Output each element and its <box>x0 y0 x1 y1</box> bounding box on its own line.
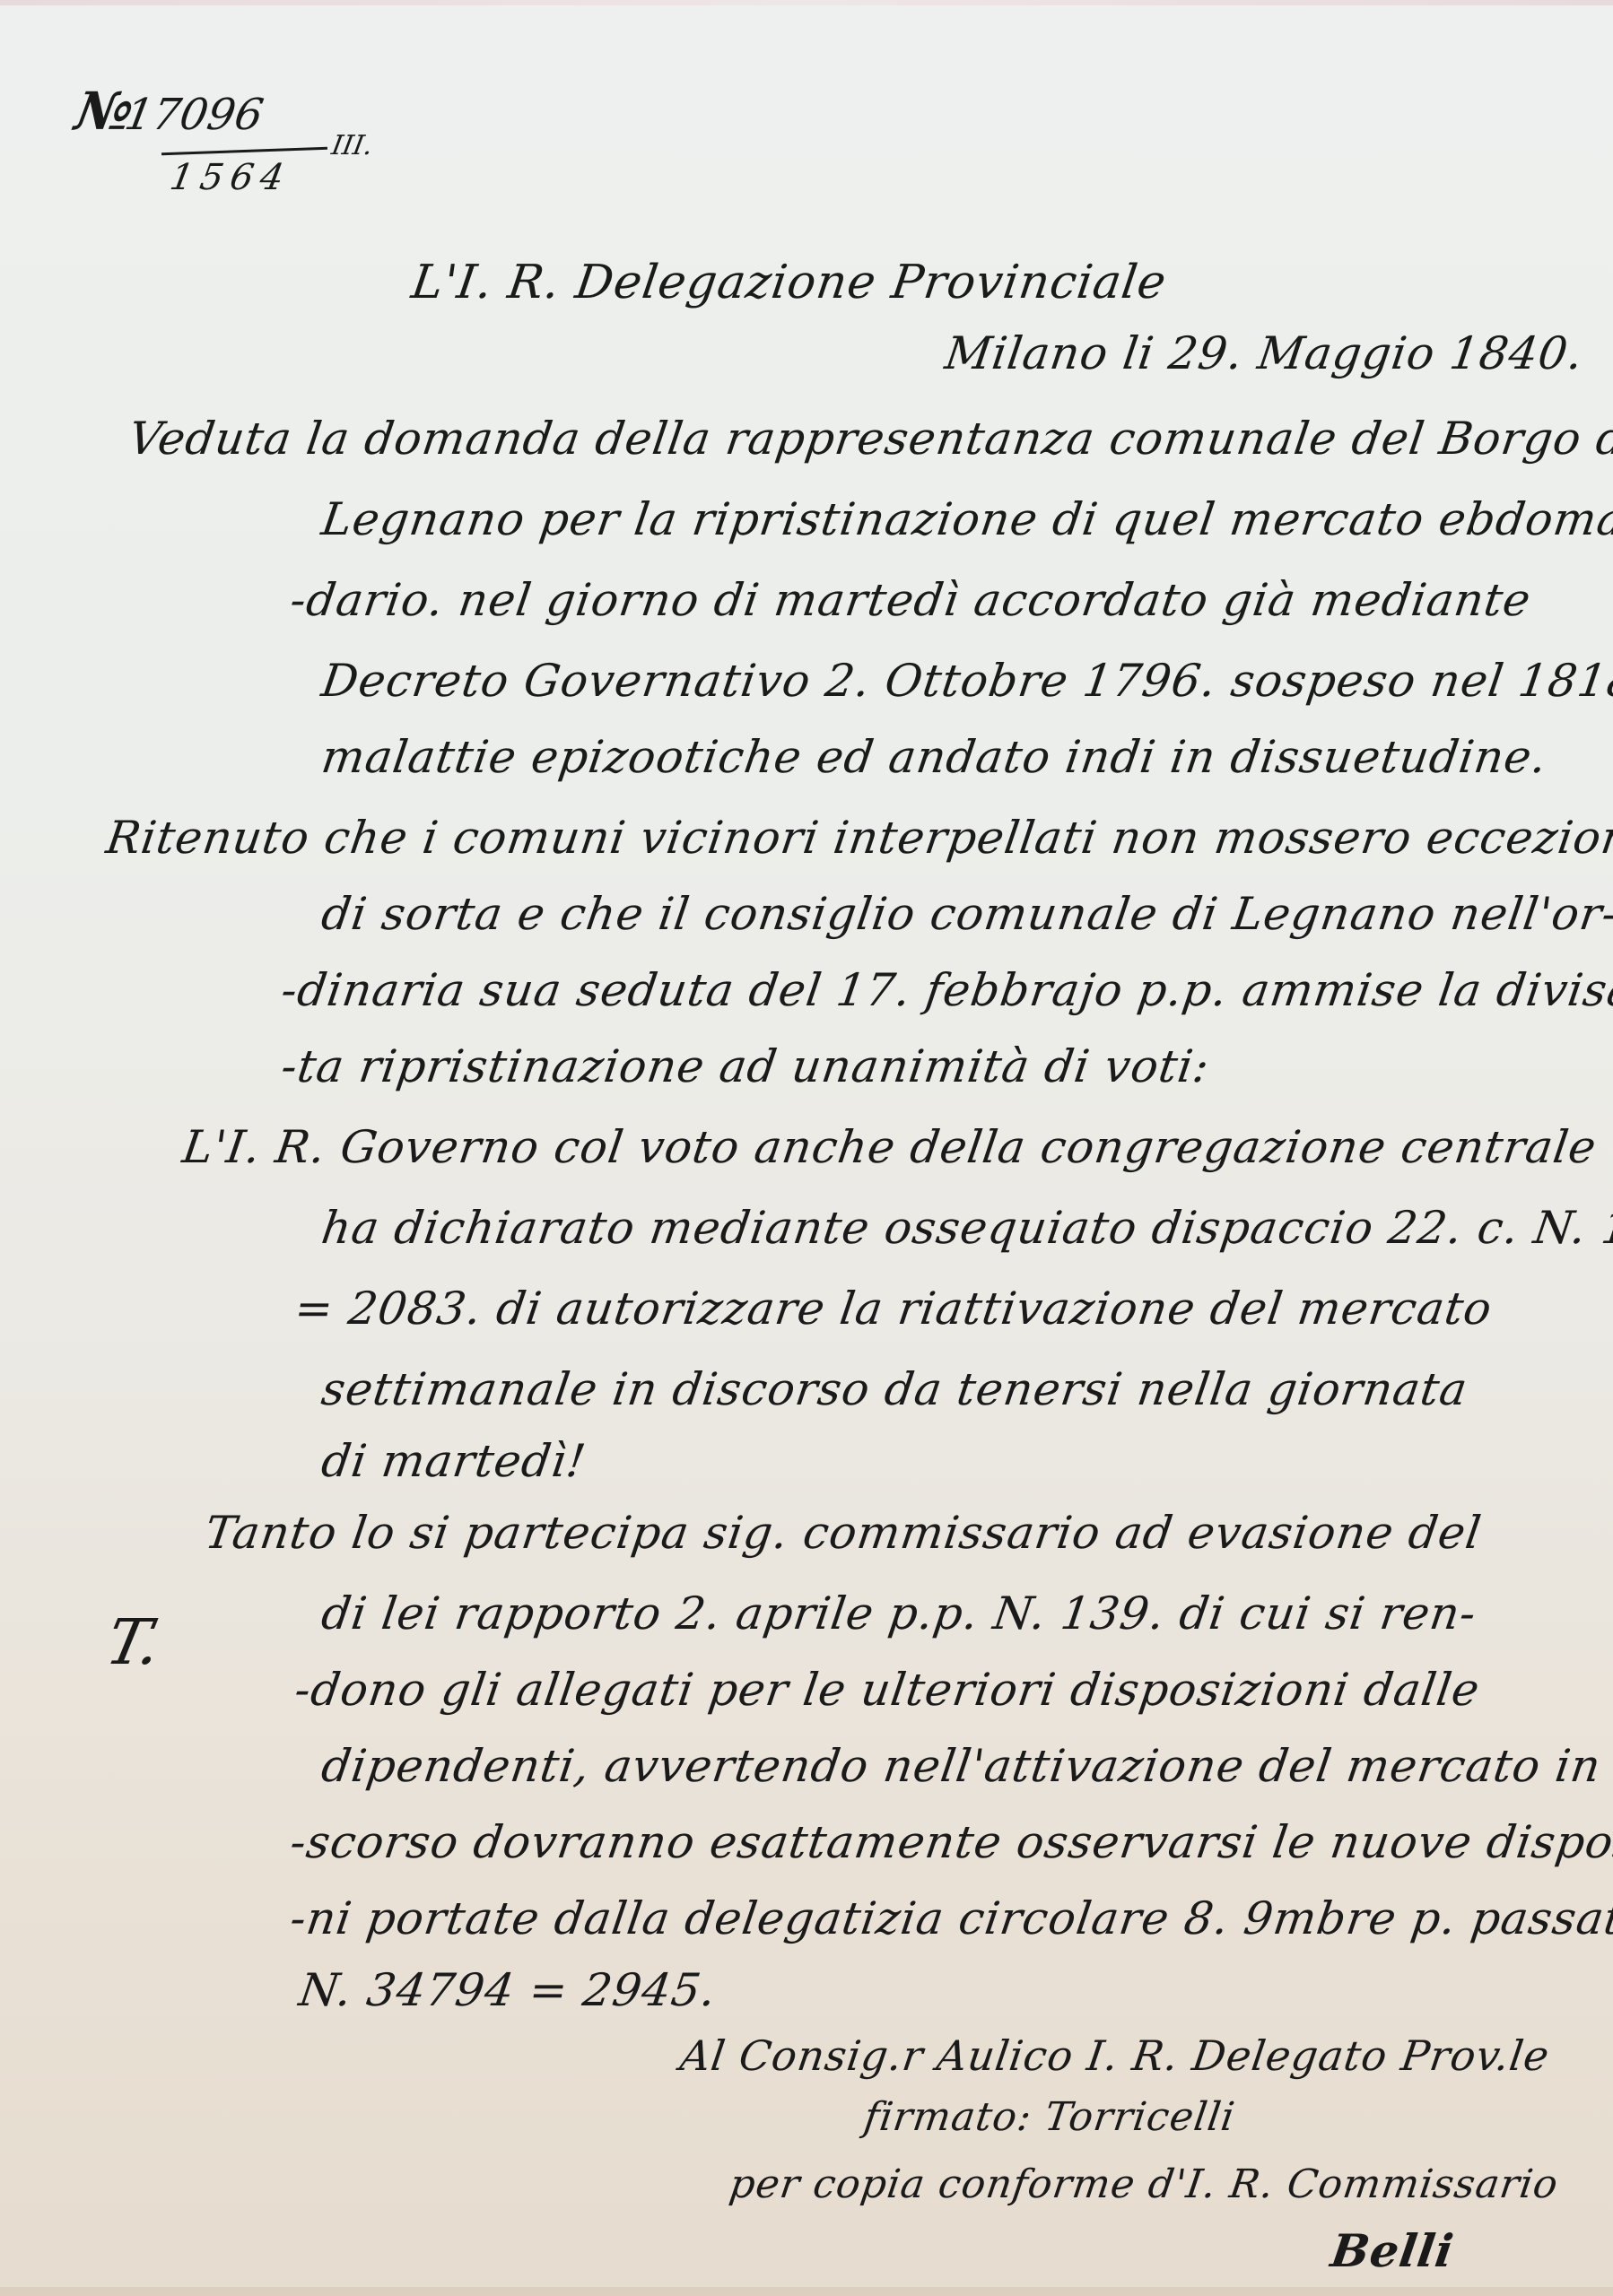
addressee-heading: L'I. R. Delegazione Provinciale <box>408 256 1170 309</box>
body-line: = 2083. di autorizzare la riattivazione … <box>292 1283 1495 1335</box>
fraction-line <box>161 147 327 155</box>
body-line: -ta ripristinazione ad unanimità di voti… <box>278 1040 1213 1092</box>
body-line: di martedì! <box>318 1435 589 1487</box>
recipient-signed: firmato: Torricelli <box>861 2094 1238 2140</box>
body-line: L'I. R. Governo col voto anche della con… <box>179 1121 1600 1173</box>
body-line: di lei rapporto 2. aprile p.p. N. 139. d… <box>318 1587 1479 1639</box>
copy-conformity-note: per copia conforme d'I. R. Commissario <box>727 2161 1561 2207</box>
body-line: Veduta la domanda della rappresentanza c… <box>126 413 1613 465</box>
margin-mark: T. <box>100 1605 168 1679</box>
body-line: dipendenti, avvertendo nell'attivazione … <box>318 1740 1613 1792</box>
body-line: Decreto Governativo 2. Ottobre 1796. sos… <box>318 655 1613 707</box>
body-line: ha dichiarato mediante ossequiato dispac… <box>318 1202 1613 1254</box>
body-line: Legnano per la ripristinazione di quel m… <box>318 493 1613 545</box>
body-line: -dario. nel giorno di martedì accordato … <box>287 574 1534 626</box>
protocol-number-block: № 17096 1564 III. <box>72 63 395 188</box>
body-line: -scorso dovranno esattamente osservarsi … <box>287 1816 1613 1868</box>
body-line: -dono gli allegati per le ulteriori disp… <box>292 1664 1483 1716</box>
body-line: Ritenuto che i comuni vicinori interpell… <box>103 812 1613 864</box>
signature: Belli <box>1328 2224 1457 2277</box>
manuscript-page: № 17096 1564 III. L'I. R. Delegazione Pr… <box>0 0 1613 2296</box>
protocol-number: 17096 <box>121 90 267 140</box>
body-line: settimanale in discorso da tenersi nella… <box>318 1363 1471 1415</box>
protocol-roman: III. <box>329 130 375 161</box>
body-line: N. 34794 = 2945. <box>296 1964 719 2016</box>
body-line: malattie epizootiche ed andato indi in d… <box>318 731 1550 783</box>
place-date: Milano li 29. Maggio 1840. <box>942 327 1587 379</box>
recipient-line: Al Consig.r Aulico I. R. Delegato Prov.l… <box>677 2031 1553 2080</box>
body-line: -ni portate dalla delegatizia circolare … <box>287 1892 1613 1944</box>
protocol-year: 1564 <box>167 157 294 198</box>
body-line: Tanto lo si partecipa sig. commissario a… <box>202 1507 1485 1559</box>
body-line: -dinaria sua seduta del 17. febbrajo p.p… <box>278 964 1613 1016</box>
body-line: di sorta e che il consiglio comunale di … <box>318 888 1613 940</box>
